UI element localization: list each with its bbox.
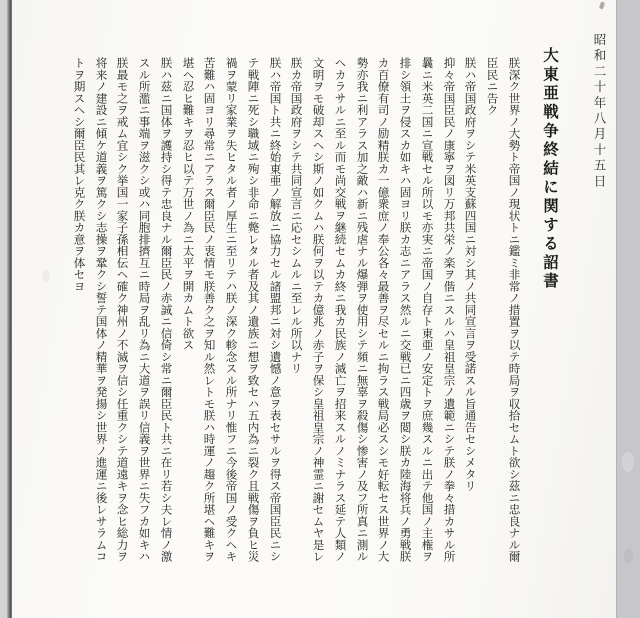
body-column: 朕ハ茲ニ国体ヲ護持シ得テ忠良ナル爾臣民ノ赤誠ニ信倚シ常ニ爾臣民ト共ニ在リ若シ夫レ… [160,57,173,562]
body-column: 勢亦我ニ利アラス加之敵ハ新ニ残虐ナル爆弾ヲ使用シテ頻ニ無辜ヲ殺傷シ惨害ノ及フ所真… [356,57,369,562]
body-column: 堪ヘ忍ヒ難キヲ忍ヒ以テ万世ノ為ニ太平ヲ開カムト欲ス [182,57,195,351]
body-column: 朕カ帝国政府ヲシテ共同宣言ニ応セシムルニ至レル所以ナリ [290,57,303,374]
body-column: 将来ノ建設ニ傾ケ道義ヲ篤クシ志操ヲ鞏クシ誓テ国体ノ精華ヲ発揚シ世界ノ進運ニ後レサ… [95,57,108,562]
body-column: カ百僚有司ノ励精朕カ一億衆庶ノ奉公各々最善ヲ尽セルニ拘ラス戦局必スシモ好転セス世… [377,57,390,562]
body-column: 曩ニ米英二国ニ宣戦セル所以モ亦実ニ帝国ノ自存ト東亜ノ安定トヲ庶幾スルニ出テ他国ノ… [421,57,434,562]
scan-smudge [624,548,633,563]
body-column: 朕深ク世界ノ大勢ト帝国ノ現状トニ鑑ミ非常ノ措置ヲ以テ時局ヲ収拾セムト欲シ茲ニ忠良… [508,57,521,562]
body-column: 臣民ニ告ク [486,57,499,116]
scan-smudge [42,270,50,282]
body-column: 抑々帝国臣民ノ康寧ヲ図リ万邦共栄ノ楽ヲ偕ニスルハ皇祖皇宗ノ遺範ニシテ朕ノ拳々措カ… [443,57,456,562]
body-column: 朕最モ之ヲ戒ム宜シク挙国一家子孫相伝ヘ確ク神州ノ不滅ヲ信シ任重クシテ道遠キヲ念ヒ… [116,57,129,562]
body-column: ヘカラサルニ至ル而モ尚交戦ヲ継続セムカ終ニ我カ民族ノ滅亡ヲ招来スルノミナラス延テ… [334,57,347,562]
body-column: 朕ハ帝国政府ヲシテ米英支蘇四国ニ対シ其ノ共同宣言ヲ受諾スル旨通告セシメタリ [464,57,477,492]
body-column: トヲ期スヘシ爾臣民其レ克ク朕カ意ヲ体セヨ [73,57,86,292]
body-column: 禍ヲ蒙リ家業ヲ失ヒタル者ノ厚生ニ至リテハ朕ノ深ク軫念スル所ナリ惟フニ今後帝国ノ受… [225,57,238,562]
body-column: テ戦陣ニ死シ職域ニ殉シ非命ニ斃レタル者及其ノ遺族ニ想ヲ致セハ五内為ニ裂ク且戦傷ヲ… [247,57,260,562]
body-column: 文明ヲモ破却スヘシ斯ノ如クムハ朕何ヲ以テカ億兆ノ赤子ヲ保シ皇祖皇宗ノ神霊ニ謝セム… [312,57,325,562]
scan-smudge [622,452,634,472]
date-line: 昭和二十年八月十五日 [592,33,606,190]
document-page: 昭和二十年八月十五日 大東亜戦争終結に関する詔書 朕深ク世界ノ大勢ト帝国ノ現状ト… [12,0,617,618]
body-column: スル所濫ニ事端ヲ滋クシ或ハ同胞排擠互ニ時局ヲ乱リ為ニ大道ヲ誤リ信義ヲ世界ニ失フカ… [138,57,151,562]
body-column: 朕ハ帝国ト共ニ終始東亜ノ解放ニ協力セル諸盟邦ニ対シ遺憾ノ意ヲ表セサルヲ得ス帝国臣… [269,57,282,562]
document-title: 大東亜戦争終結に関する詔書 [541,47,559,291]
body-column: 苦難ハ固ヨリ尋常ニアラス爾臣民ノ衷情モ朕善ク之ヲ知ル然レトモ朕ハ時運ノ趨ク所堪ヘ… [203,57,216,562]
body-column: 排シ領土ヲ侵スカ如キハ固ヨリ朕カ志ニアラス然ルニ交戦已ニ四歳ヲ閲シ朕カ陸海将兵ノ… [399,57,412,562]
